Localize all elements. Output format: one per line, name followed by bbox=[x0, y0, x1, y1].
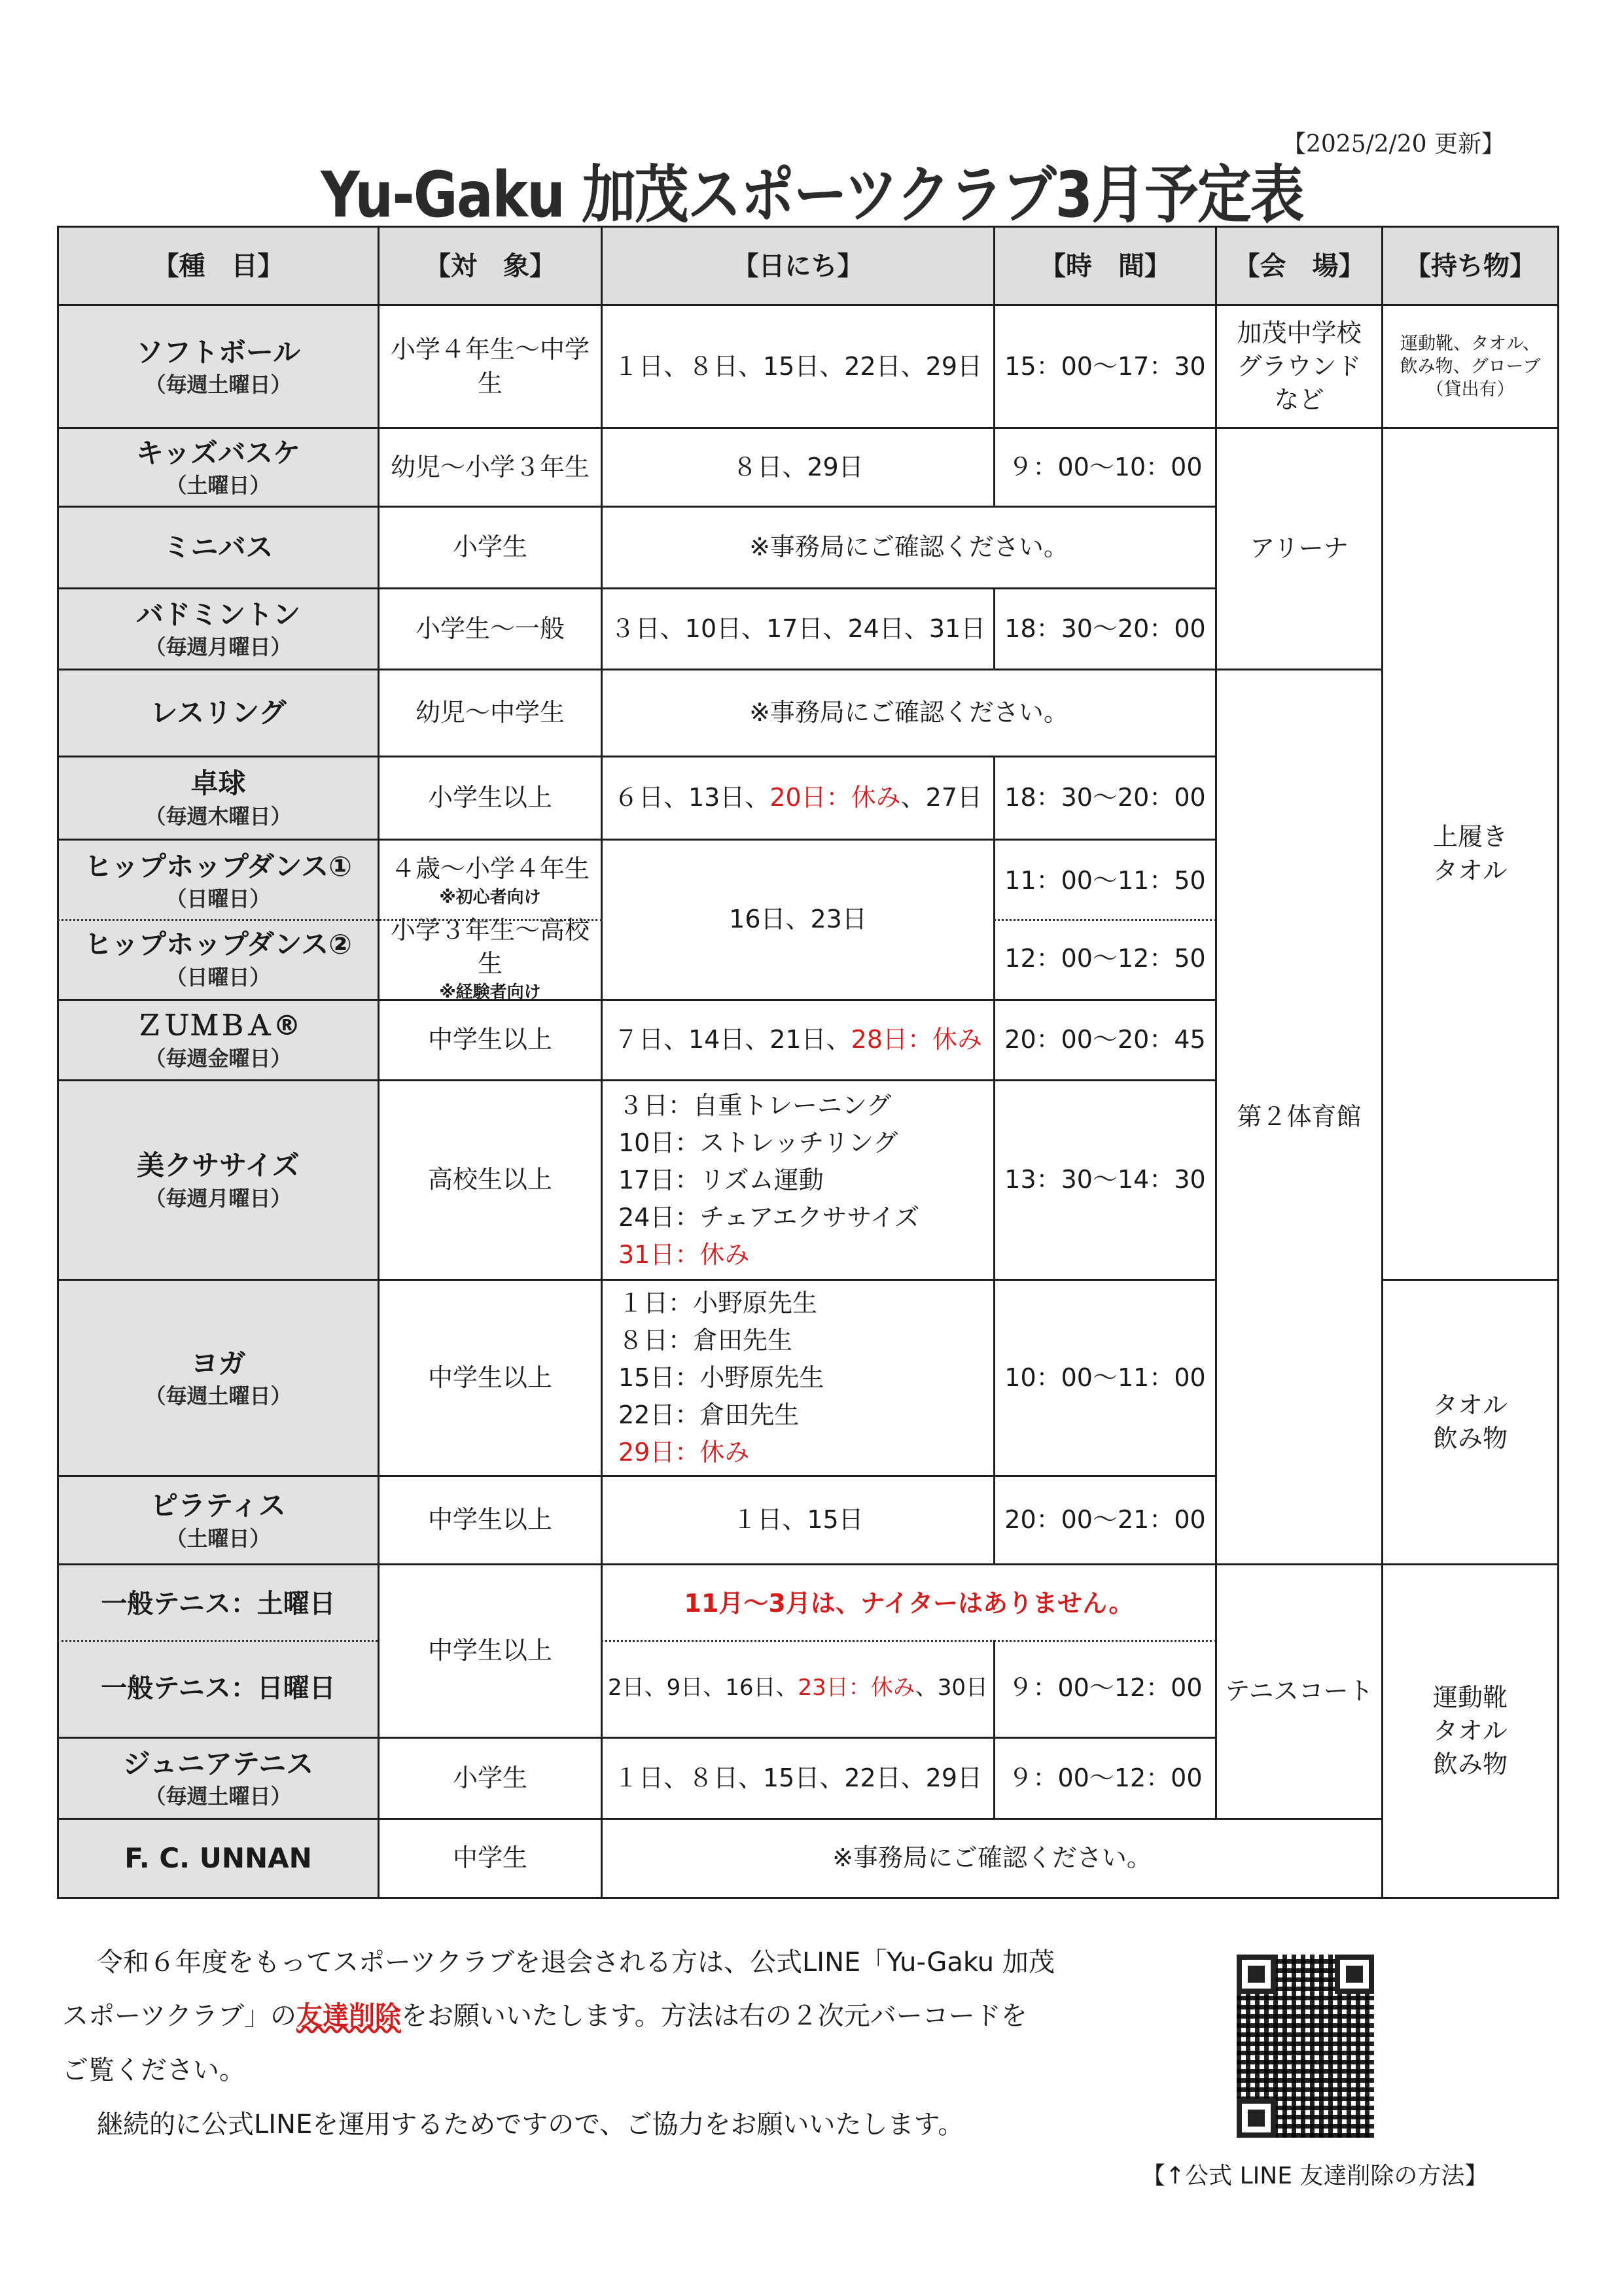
event-yoga: ヨガ （毎週土曜日） bbox=[57, 1279, 380, 1477]
event-softball: ソフトボール （毎週土曜日） bbox=[57, 304, 380, 429]
closed-date: 28日：休み bbox=[851, 1023, 982, 1056]
event-name: 美クササイズ bbox=[137, 1147, 300, 1185]
qr-finder-icon bbox=[1237, 2098, 1276, 2138]
venue-softball: 加茂中学校 グラウンド など bbox=[1215, 304, 1383, 429]
items-softball: 運動靴、タオル、 飲み物、グローブ （貸出有） bbox=[1381, 304, 1559, 429]
target-zumba: 中学生以上 bbox=[378, 999, 603, 1081]
dates-yoga: １日：小野原先生 ８日：倉田先生 15日：小野原先生 22日：倉田先生 29日：… bbox=[601, 1279, 995, 1477]
event-name: ジュニアテニス bbox=[123, 1746, 313, 1783]
event-pilates: ピラティス （土曜日） bbox=[57, 1475, 380, 1565]
time-zumba: 20：00～20：45 bbox=[993, 999, 1217, 1081]
event-fc-unnan: F. C. UNNAN bbox=[57, 1818, 380, 1899]
target-note: ※初心者向け bbox=[439, 886, 540, 909]
qr-finder-icon bbox=[1237, 1955, 1276, 1994]
dates-text: 、30日 bbox=[915, 1673, 988, 1703]
venue-gym2: 第２体育館 bbox=[1215, 669, 1383, 1565]
session-line: ３日：自重トレーニング bbox=[618, 1087, 891, 1124]
session-line: 17日：リズム運動 bbox=[618, 1162, 824, 1199]
notice-line-3: ご覧ください。 bbox=[62, 2057, 245, 2083]
notice-text: をお願いいたします。方法は右の２次元バーコードを bbox=[401, 2001, 1027, 2031]
target-bixercise: 高校生以上 bbox=[378, 1079, 603, 1281]
dates-text: ６日、13日、 bbox=[614, 781, 769, 814]
target-softball: 小学４年生～中学生 bbox=[378, 304, 603, 429]
event-kids-basketball: キッズバスケ （土曜日） bbox=[57, 427, 380, 508]
target-table-tennis: 小学生以上 bbox=[378, 756, 603, 841]
notice-emphasis: 友達削除 bbox=[296, 2001, 401, 2031]
page-title: Yu-Gaku 加茂スポーツクラブ3月予定表 bbox=[114, 145, 1511, 235]
event-name: 一般テニス：土曜日 bbox=[101, 1586, 335, 1622]
dates-text: 、27日 bbox=[901, 781, 982, 814]
time-pilates: 20：00～21：00 bbox=[993, 1475, 1217, 1565]
event-name: ミニバス bbox=[163, 529, 273, 566]
event-name: 一般テニス：日曜日 bbox=[101, 1671, 335, 1706]
notice-no-night: 11月～3月は、ナイターはありません。 bbox=[601, 1563, 1217, 1642]
dates-text: ７日、14日、21日、 bbox=[614, 1023, 851, 1056]
closed-date: 23日：休み bbox=[798, 1673, 915, 1703]
event-day: （毎週土曜日） bbox=[145, 1382, 291, 1410]
dates-table-tennis: ６日、13日、20日：休み、27日 bbox=[601, 756, 995, 841]
qr-caption: 【↑公式 LINE 友達削除の方法】 bbox=[1142, 2157, 1488, 2191]
event-wrestling: レスリング bbox=[57, 669, 380, 757]
time-bixercise: 13：30～14：30 bbox=[993, 1079, 1217, 1281]
target-hiphop-1: ４歳～小学４年生 ※初心者向け bbox=[378, 839, 603, 921]
dates-tennis-sunday: 2日、9日、16日、23日：休み、30日 bbox=[601, 1640, 995, 1739]
target-general-tennis: 中学生以上 bbox=[378, 1563, 603, 1739]
event-hiphop-1: ヒップホップダンス① （日曜日） bbox=[57, 839, 380, 921]
target-wrestling: 幼児～中学生 bbox=[378, 669, 603, 757]
notice-line-2: スポーツクラブ」の友達削除をお願いいたします。方法は右の２次元バーコードを bbox=[62, 2003, 1027, 2029]
event-junior-tennis: ジュニアテニス （毎週土曜日） bbox=[57, 1737, 380, 1820]
target-kids-basketball: 幼児～小学３年生 bbox=[378, 427, 603, 508]
event-day: （毎週土曜日） bbox=[145, 1783, 291, 1811]
event-day: （日曜日） bbox=[166, 885, 270, 913]
closed-date: 29日：休み bbox=[618, 1434, 749, 1471]
dates-fc-unnan: ※事務局にご確認ください。 bbox=[601, 1818, 1383, 1899]
header-venue: 【会 場】 bbox=[1215, 226, 1383, 306]
event-day: （日曜日） bbox=[166, 964, 270, 992]
target-hiphop-2: 小学３年生～高校生 ※経験者向け bbox=[378, 919, 603, 1001]
header-time: 【時 間】 bbox=[993, 226, 1217, 306]
notice-text: スポーツクラブ」の bbox=[62, 2001, 296, 2031]
dates-junior-tennis: １日、８日、15日、22日、29日 bbox=[601, 1737, 995, 1820]
session-line: 10日：ストレッチリング bbox=[618, 1124, 898, 1162]
time-junior-tennis: ９：00～12：00 bbox=[993, 1737, 1217, 1820]
event-day: （土曜日） bbox=[166, 1525, 270, 1553]
dotted-divider bbox=[57, 1640, 378, 1642]
time-yoga: 10：00～11：00 bbox=[993, 1279, 1217, 1477]
time-hiphop-2: 12：00～12：50 bbox=[993, 919, 1217, 1001]
notice-line-1: 令和６年度をもってスポーツクラブを退会される方は、公式LINE「Yu-Gaku … bbox=[97, 1949, 1055, 1975]
target-text: ４歳～小学４年生 bbox=[391, 852, 590, 886]
time-table-tennis: 18：30～20：00 bbox=[993, 756, 1217, 841]
closed-date: 31日：休み bbox=[618, 1236, 749, 1274]
dates-hiphop: 16日、23日 bbox=[601, 839, 995, 1001]
venue-tennis-court: テニスコート bbox=[1215, 1563, 1383, 1820]
session-line: １日：小野原先生 bbox=[618, 1285, 817, 1322]
event-name: ソフトボール bbox=[136, 334, 300, 372]
event-name: キッズバスケ bbox=[136, 435, 300, 472]
event-day: （毎週金曜日） bbox=[145, 1045, 291, 1073]
target-fc-unnan: 中学生 bbox=[378, 1818, 603, 1899]
qr-code[interactable] bbox=[1237, 1955, 1374, 2138]
event-name: F. C. UNNAN bbox=[124, 1840, 312, 1877]
target-text: 小学３年生～高校生 bbox=[380, 914, 601, 981]
items-tennis: 運動靴 タオル 飲み物 bbox=[1381, 1563, 1559, 1899]
venue-arena: アリーナ bbox=[1215, 427, 1383, 670]
event-name: レスリング bbox=[150, 695, 287, 732]
session-line: 15日：小野原先生 bbox=[618, 1359, 824, 1397]
target-mini-basketball: 小学生 bbox=[378, 506, 603, 589]
event-name: ＺＵＭＢＡ® bbox=[135, 1007, 300, 1045]
header-dates: 【日にち】 bbox=[601, 226, 995, 306]
target-badminton: 小学生～一般 bbox=[378, 587, 603, 670]
dates-softball: １日、８日、15日、22日、29日 bbox=[601, 304, 995, 429]
event-name: ヨガ bbox=[190, 1346, 245, 1383]
event-name: 卓球 bbox=[190, 765, 245, 803]
event-table-tennis: 卓球 （毎週木曜日） bbox=[57, 756, 380, 841]
header-items: 【持ち物】 bbox=[1381, 226, 1559, 306]
dotted-divider bbox=[57, 919, 603, 921]
time-softball: 15：00～17：30 bbox=[993, 304, 1217, 429]
qr-finder-icon bbox=[1335, 1955, 1374, 1994]
event-name: ヒップホップダンス② bbox=[84, 926, 352, 964]
event-badminton: バドミントン （毎週月曜日） bbox=[57, 587, 380, 670]
event-name: ピラティス bbox=[150, 1487, 286, 1525]
items-indoor: 上履き タオル bbox=[1381, 427, 1559, 1281]
event-mini-basketball: ミニバス bbox=[57, 506, 380, 589]
session-line: 22日：倉田先生 bbox=[618, 1397, 799, 1434]
items-towel-drink: タオル 飲み物 bbox=[1381, 1279, 1559, 1565]
dates-pilates: １日、15日 bbox=[601, 1475, 995, 1565]
event-day: （毎週月曜日） bbox=[145, 1185, 291, 1213]
event-day: （毎週土曜日） bbox=[145, 371, 291, 399]
dates-wrestling: ※事務局にご確認ください。 bbox=[601, 669, 1217, 757]
event-day: （土曜日） bbox=[166, 472, 270, 500]
dates-bixercise: ３日：自重トレーニング 10日：ストレッチリング 17日：リズム運動 24日：チ… bbox=[601, 1079, 995, 1281]
target-pilates: 中学生以上 bbox=[378, 1475, 603, 1565]
event-tennis-saturday: 一般テニス：土曜日 bbox=[57, 1563, 380, 1642]
time-tennis-sunday: ９：00～12：00 bbox=[993, 1640, 1217, 1739]
dates-badminton: ３日、10日、17日、24日、31日 bbox=[601, 587, 995, 670]
session-line: 24日：チェアエクササイズ bbox=[618, 1199, 919, 1236]
dates-kids-basketball: ８日、29日 bbox=[601, 427, 995, 508]
dotted-divider bbox=[601, 1640, 1217, 1642]
dates-mini-basketball: ※事務局にご確認ください。 bbox=[601, 506, 1217, 589]
closed-date: 20日：休み bbox=[769, 781, 900, 814]
event-zumba: ＺＵＭＢＡ® （毎週金曜日） bbox=[57, 999, 380, 1081]
notice-line-4: 継続的に公式LINEを運用するためですので、ご協力をお願いいたします。 bbox=[97, 2112, 964, 2138]
event-day: （毎週月曜日） bbox=[145, 633, 291, 661]
event-name: バドミントン bbox=[136, 597, 300, 634]
header-target: 【対 象】 bbox=[378, 226, 603, 306]
dates-zumba: ７日、14日、21日、28日：休み bbox=[601, 999, 995, 1081]
target-junior-tennis: 小学生 bbox=[378, 1737, 603, 1820]
session-line: ８日：倉田先生 bbox=[618, 1322, 792, 1359]
target-yoga: 中学生以上 bbox=[378, 1279, 603, 1477]
dotted-divider bbox=[993, 919, 1217, 921]
event-name: ヒップホップダンス① bbox=[84, 848, 352, 886]
event-hiphop-2: ヒップホップダンス② （日曜日） bbox=[57, 919, 380, 1001]
event-bixercise: 美クササイズ （毎週月曜日） bbox=[57, 1079, 380, 1281]
event-day: （毎週木曜日） bbox=[145, 803, 291, 831]
time-kids-basketball: ９：00～10：00 bbox=[993, 427, 1217, 508]
time-badminton: 18：30～20：00 bbox=[993, 587, 1217, 670]
header-event: 【種 目】 bbox=[57, 226, 380, 306]
time-hiphop-1: 11：00～11：50 bbox=[993, 839, 1217, 921]
dates-text: 2日、9日、16日、 bbox=[608, 1673, 798, 1703]
event-tennis-sunday: 一般テニス：日曜日 bbox=[57, 1640, 380, 1739]
